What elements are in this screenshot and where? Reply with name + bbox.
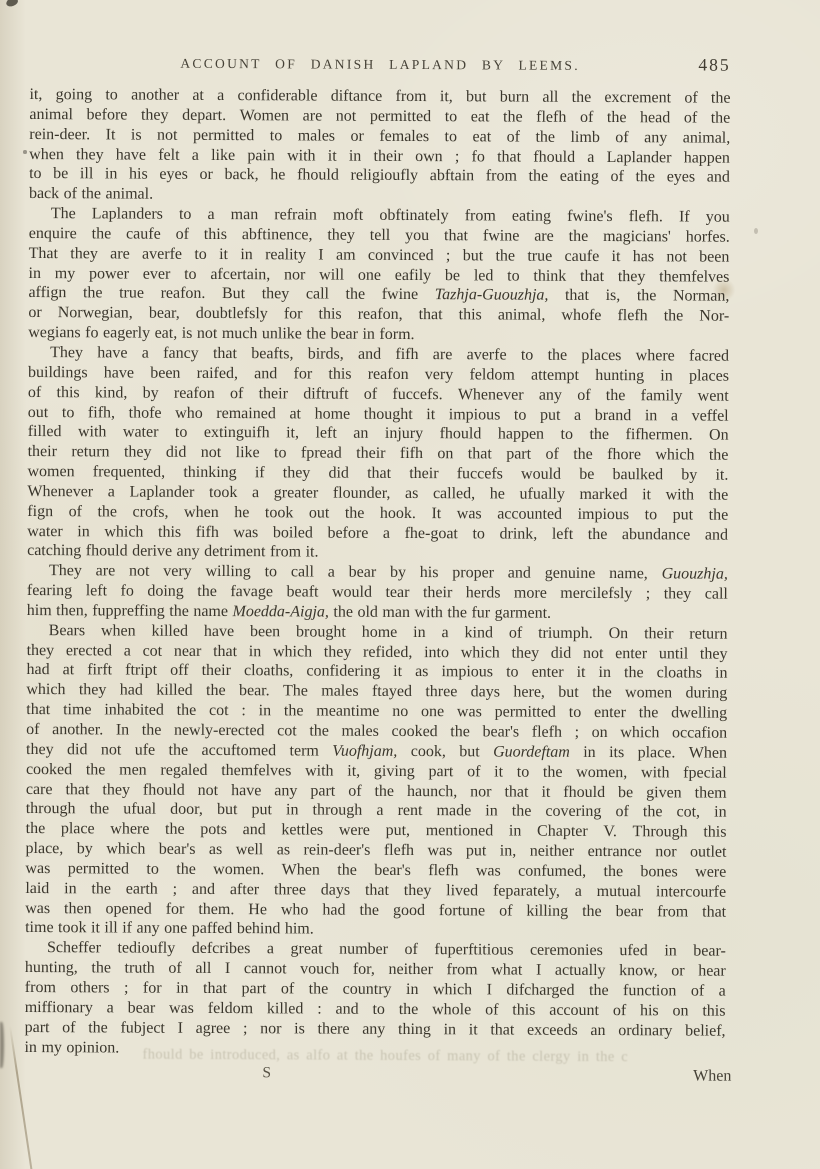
text-line: thattimeinhabitedthecot:inthemeantimenoo… xyxy=(26,700,727,724)
text-line: buildingshavebeenraifed,andforthisreafon… xyxy=(28,363,729,387)
signature-mark: S xyxy=(262,1064,271,1082)
text-line: place,bywhichbear'saswellasrein-deer'sfl… xyxy=(25,839,726,863)
text-line: Bearswhenkilledhavebeenbroughthomeinakin… xyxy=(27,621,728,645)
scanned-text-block: ACCOUNT OF DANISH LAPLAND BY LEEMS. 485 … xyxy=(0,0,820,1169)
text-line: wegiansfoeagerlyeat,isnotmuchunlikethebe… xyxy=(28,323,729,347)
text-line: hunting,thetruthofallIcannotvouchfor,nei… xyxy=(25,958,726,982)
body-text: it,goingtoanotherataconfiderablediftance… xyxy=(24,85,730,1061)
text-line: partofthefubjectIagree;noristhereanythin… xyxy=(25,1018,726,1042)
text-line: it,goingtoanotherataconfiderablediftance… xyxy=(29,85,730,109)
text-line: enquirethecaufeofthisabftinence,theytell… xyxy=(29,224,730,248)
book-page: ACCOUNT OF DANISH LAPLAND BY LEEMS. 485 … xyxy=(0,0,820,1169)
page-number: 485 xyxy=(698,55,730,76)
catchword: When xyxy=(693,1067,731,1085)
running-header: ACCOUNT OF DANISH LAPLAND BY LEEMS. xyxy=(30,55,731,75)
text-line: affignthetruereafon.ButtheycallthefwineT… xyxy=(28,283,729,307)
show-through-text: fhould be introduced, as alfo at the hou… xyxy=(142,1047,726,1067)
text-line: cookedthemenregaledthemfelveswithit,givi… xyxy=(26,760,727,784)
